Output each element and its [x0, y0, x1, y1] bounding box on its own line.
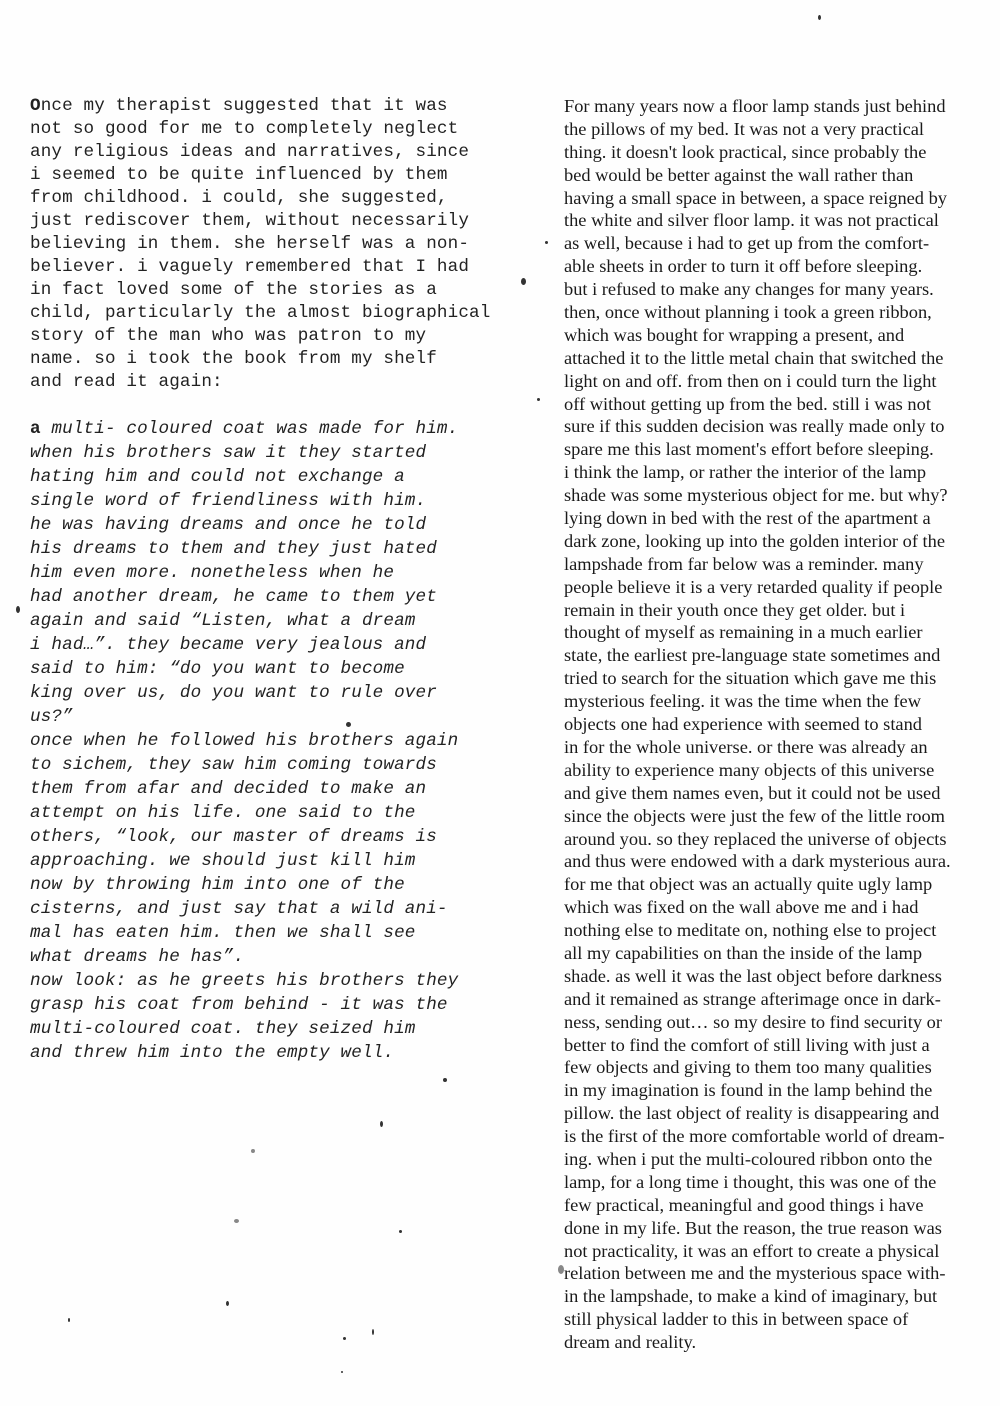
text-line: able sheets in order to turn it off befo… — [564, 255, 984, 278]
dust-speck — [226, 1301, 229, 1306]
dust-speck — [234, 1219, 239, 1223]
text-line: still physical ladder to this in between… — [564, 1308, 984, 1331]
text-line: nothing else to meditate on, nothing els… — [564, 919, 984, 942]
text-line: in fact loved some of the stories as a — [30, 279, 535, 302]
dust-speck — [537, 398, 540, 401]
dust-speck — [341, 1371, 343, 1373]
text-line: and read it again: — [30, 371, 535, 394]
text-line: Once my therapist suggested that it was — [30, 95, 535, 118]
text-line: grasp his coat from behind - it was the — [30, 993, 535, 1017]
text-line: people believe it is a very retarded qua… — [564, 576, 984, 599]
text-line: For many years now a floor lamp stands j… — [564, 95, 984, 118]
text-line: tried to search for the situation which … — [564, 667, 984, 690]
text-line: cisterns, and just say that a wild ani- — [30, 897, 535, 921]
text-line: believing in them. she herself was a non… — [30, 233, 535, 256]
paragraph-gap — [30, 394, 535, 417]
text-line: attempt on his life. one said to the — [30, 801, 535, 825]
left-column-typewriter-text: Once my therapist suggested that it was … — [30, 95, 535, 1065]
text-line: name. so i took the book from my shelf — [30, 348, 535, 371]
text-line: shade was some mysterious object for me.… — [564, 484, 984, 507]
text-line: the white and silver floor lamp. it was … — [564, 209, 984, 232]
text-line: from childhood. i could, she suggested, — [30, 187, 535, 210]
text-line: a multi- coloured coat was made for him. — [30, 417, 535, 441]
text-line: to sichem, they saw him coming towards — [30, 753, 535, 777]
text-line: since the objects were just the few of t… — [564, 805, 984, 828]
text-line: not so good for me to completely neglect — [30, 118, 535, 141]
text-line: believer. i vaguely remembered that I ha… — [30, 256, 535, 279]
text-line: but i refused to make any changes for ma… — [564, 278, 984, 301]
dust-speck — [16, 606, 20, 613]
text-line: pillow. the last object of reality is di… — [564, 1102, 984, 1125]
text-line: he was having dreams and once he told — [30, 513, 535, 537]
text-line: said to him: “do you want to become — [30, 657, 535, 681]
text-line: light on and off. from then on i could t… — [564, 370, 984, 393]
text-line: any religious ideas and narratives, sinc… — [30, 141, 535, 164]
text-line: lying down in bed with the rest of the a… — [564, 507, 984, 530]
dust-speck — [399, 1230, 402, 1233]
text-line: attached it to the little metal chain th… — [564, 347, 984, 370]
dust-speck — [818, 15, 821, 20]
text-line: him even more. nonetheless when he — [30, 561, 535, 585]
text-line: around you. so they replaced the univers… — [564, 828, 984, 851]
text-line: relation between me and the mysterious s… — [564, 1262, 984, 1285]
dust-speck — [372, 1329, 374, 1335]
text-line: i think the lamp, or rather the interior… — [564, 461, 984, 484]
text-line: which was fixed on the wall above me and… — [564, 896, 984, 919]
text-line: lamp, for a long time i thought, this wa… — [564, 1171, 984, 1194]
text-line: done in my life. But the reason, the tru… — [564, 1217, 984, 1240]
text-line: ability to experience many objects of th… — [564, 759, 984, 782]
text-line: and it remained as strange afterimage on… — [564, 988, 984, 1011]
text-line: sure if this sudden decision was really … — [564, 415, 984, 438]
text-line: which was bought for wrapping a present,… — [564, 324, 984, 347]
intro-paragraph: Once my therapist suggested that it was … — [30, 95, 535, 394]
text-line: spare me this last moment's effort befor… — [564, 438, 984, 461]
dust-speck — [68, 1318, 70, 1322]
text-line: us?” — [30, 705, 535, 729]
text-line: in my imagination is found in the lamp b… — [564, 1079, 984, 1102]
text-line: single word of friendliness with him. — [30, 489, 535, 513]
text-line: shade. as well it was the last object be… — [564, 965, 984, 988]
text-line: for me that object was an actually quite… — [564, 873, 984, 896]
text-line: all my capabilities on than the inside o… — [564, 942, 984, 965]
story-lead-letter: a — [30, 419, 41, 439]
text-line: again and said “Listen, what a dream — [30, 609, 535, 633]
text-line: off without getting up from the bed. sti… — [564, 393, 984, 416]
text-line: mysterious feeling. it was the time when… — [564, 690, 984, 713]
right-column-serif-text: For many years now a floor lamp stands j… — [564, 95, 984, 1354]
dust-speck — [380, 1121, 383, 1127]
text-line: few objects and giving to them too many … — [564, 1056, 984, 1079]
text-line: then, once without planning i took a gre… — [564, 301, 984, 324]
text-line: child, particularly the almost biographi… — [30, 302, 535, 325]
text-line: lampshade from far below was a reminder.… — [564, 553, 984, 576]
drop-letter: O — [30, 96, 41, 116]
text-line: i had…”. they became very jealous and — [30, 633, 535, 657]
text-line: is the first of the more comfortable wor… — [564, 1125, 984, 1148]
text-line: his dreams to them and they just hated — [30, 537, 535, 561]
dust-speck — [343, 1337, 346, 1340]
scanned-page: Once my therapist suggested that it was … — [0, 0, 1000, 1406]
text-line: mal has eaten him. then we shall see — [30, 921, 535, 945]
text-line: having a small space in between, a space… — [564, 187, 984, 210]
dust-speck — [443, 1078, 447, 1082]
text-line: dark zone, looking up into the golden in… — [564, 530, 984, 553]
text-line: thought of myself as remaining in a much… — [564, 621, 984, 644]
text-line: not practicality, it was an effort to cr… — [564, 1240, 984, 1263]
text-line: in for the whole universe. or there was … — [564, 736, 984, 759]
text-line: the pillows of my bed. It was not a very… — [564, 118, 984, 141]
text-line: and thus were endowed with a dark myster… — [564, 850, 984, 873]
text-line: king over us, do you want to rule over — [30, 681, 535, 705]
story-paragraph-italic: a multi- coloured coat was made for him.… — [30, 417, 535, 1065]
text-line: approaching. we should just kill him — [30, 849, 535, 873]
text-line: i seemed to be quite influenced by them — [30, 164, 535, 187]
text-line: when his brothers saw it they started — [30, 441, 535, 465]
text-line: objects one had experience with seemed t… — [564, 713, 984, 736]
dust-speck — [346, 722, 351, 727]
text-line: multi-coloured coat. they seized him — [30, 1017, 535, 1041]
text-line: hating him and could not exchange a — [30, 465, 535, 489]
text-line: story of the man who was patron to my — [30, 325, 535, 348]
text-line: bed would be better against the wall rat… — [564, 164, 984, 187]
text-line: remain in their youth once they get olde… — [564, 599, 984, 622]
dust-speck — [521, 278, 526, 285]
text-line: state, the earliest pre-language state s… — [564, 644, 984, 667]
text-line: them from afar and decided to make an — [30, 777, 535, 801]
text-line: what dreams he has”. — [30, 945, 535, 969]
text-line: as well, because i had to get up from th… — [564, 232, 984, 255]
text-line: in the lampshade, to make a kind of imag… — [564, 1285, 984, 1308]
dust-speck — [558, 1265, 564, 1274]
dust-speck — [545, 241, 548, 244]
text-line: had another dream, he came to them yet — [30, 585, 535, 609]
text-line: dream and reality. — [564, 1331, 984, 1354]
text-line: now by throwing him into one of the — [30, 873, 535, 897]
text-line: once when he followed his brothers again — [30, 729, 535, 753]
text-line: better to find the comfort of still livi… — [564, 1034, 984, 1057]
text-line: and give them names even, but it could n… — [564, 782, 984, 805]
text-line: now look: as he greets his brothers they — [30, 969, 535, 993]
text-line: thing. it doesn't look practical, since … — [564, 141, 984, 164]
text-line: few practical, meaningful and good thing… — [564, 1194, 984, 1217]
text-line: and threw him into the empty well. — [30, 1041, 535, 1065]
text-line: just rediscover them, without necessaril… — [30, 210, 535, 233]
text-line: others, “look, our master of dreams is — [30, 825, 535, 849]
text-line: ing. when i put the multi-coloured ribbo… — [564, 1148, 984, 1171]
dust-speck — [251, 1149, 255, 1153]
text-line: ness, sending out… so my desire to find … — [564, 1011, 984, 1034]
